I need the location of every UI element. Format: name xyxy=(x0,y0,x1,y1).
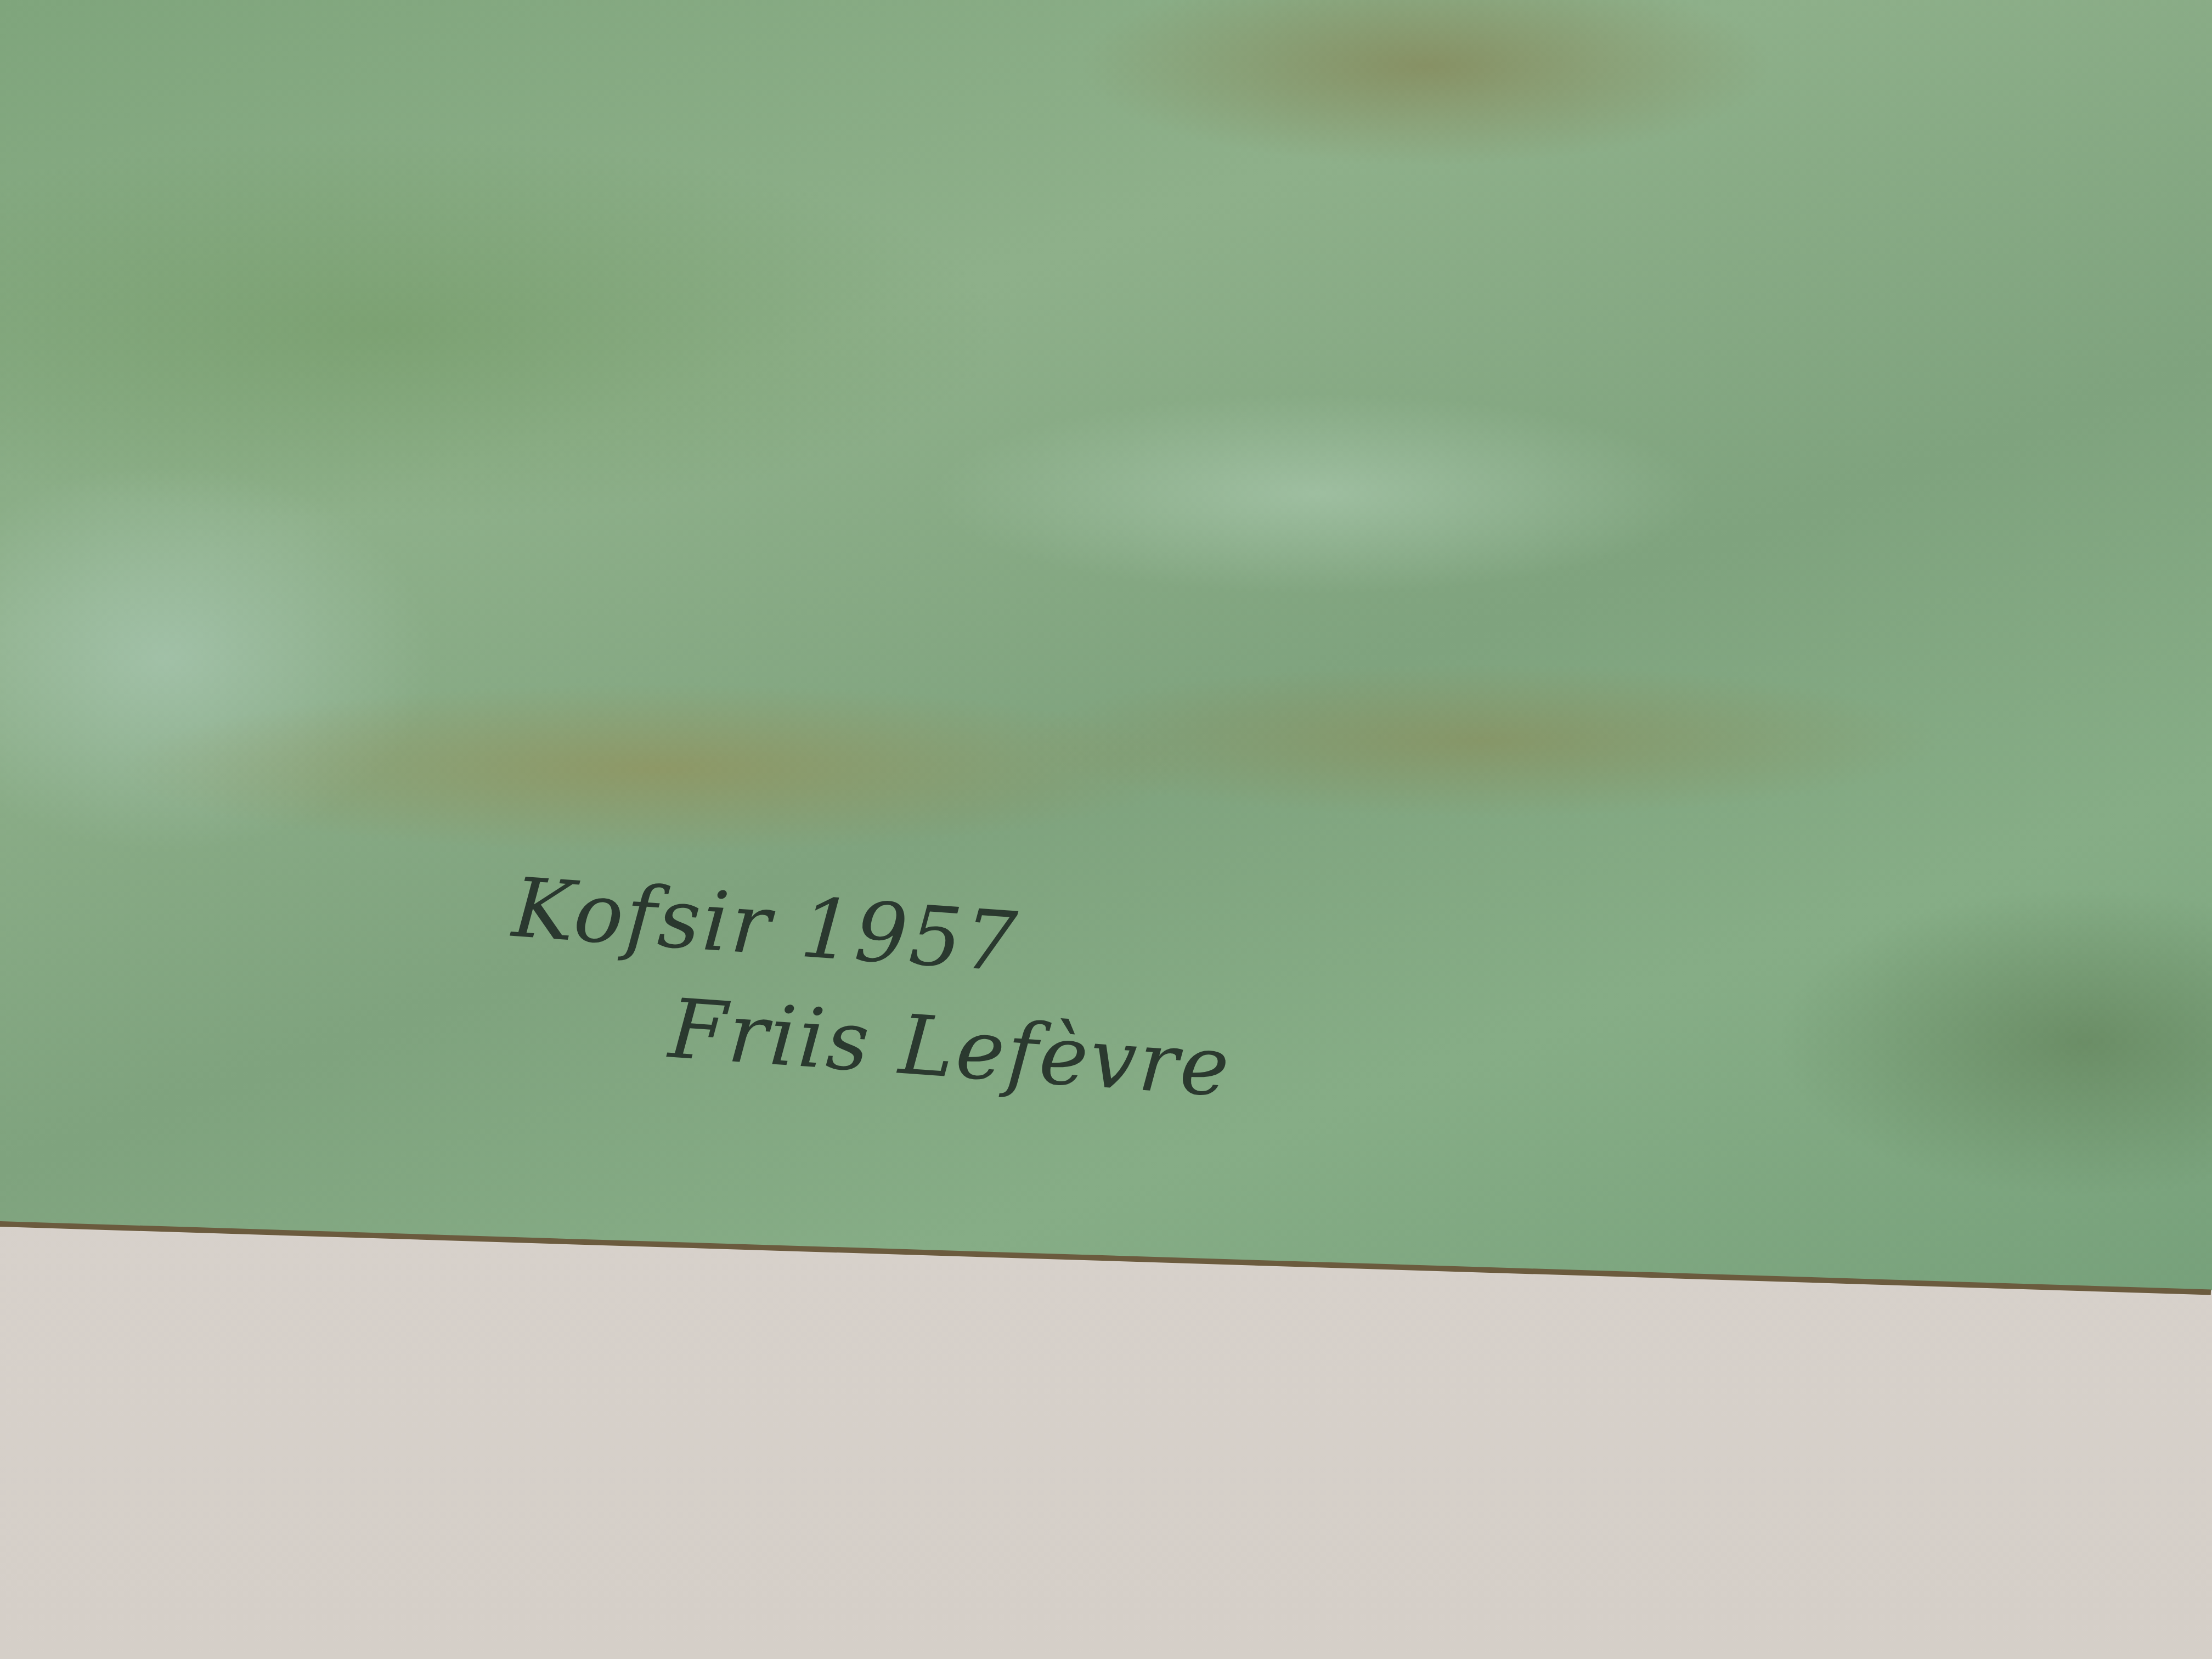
watercolor-painting xyxy=(0,0,2212,1317)
